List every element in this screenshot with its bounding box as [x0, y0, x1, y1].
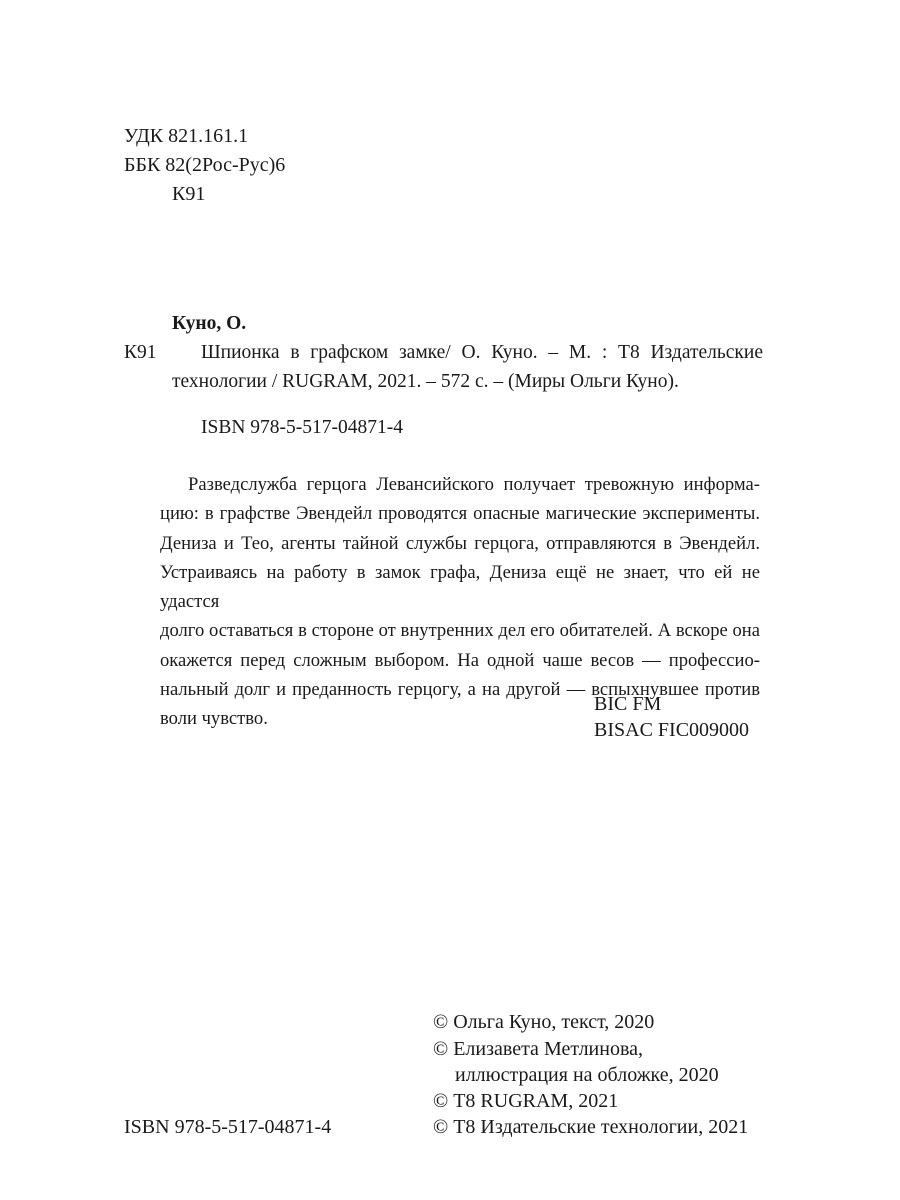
entry-title-line: Шпионка в графском замке/ О. Куно. – М. …: [201, 339, 763, 367]
copyright-line: © Т8 Издательские технологии, 2021: [433, 1113, 748, 1141]
bbk-code: ББК 82(2Рос-Рус)6: [124, 151, 285, 179]
copyright-line: © Ольга Куно, текст, 2020: [433, 1008, 654, 1036]
annotation-line: долго оставаться в стороне от внутренних…: [160, 616, 760, 645]
copyright-line: © Елизавета Метлинова,: [433, 1035, 643, 1063]
footer-isbn: ISBN 978-5-517-04871-4: [124, 1113, 331, 1141]
entry-author-mark: К91: [124, 339, 157, 367]
author-mark: К91: [172, 180, 205, 208]
annotation-line: Дениза и Тео, агенты тайной службы герцо…: [160, 529, 760, 558]
author-heading: Куно, О.: [172, 310, 246, 338]
udk-code: УДК 821.161.1: [124, 122, 248, 150]
entry-isbn: ISBN 978-5-517-04871-4: [201, 414, 403, 442]
annotation-line: Разведслужба герцога Левансийского получ…: [160, 470, 760, 499]
annotation-line: Устраиваясь на работу в замок графа, Ден…: [160, 558, 760, 617]
bisac-code: BISAC FIC009000: [594, 716, 749, 744]
annotation-paragraph: Разведслужба герцога Левансийского получ…: [160, 470, 760, 734]
bic-code: BIC FM: [594, 690, 661, 718]
copyright-line: © Т8 RUGRAM, 2021: [433, 1087, 618, 1115]
annotation-line: цию: в графстве Эвендейл проводятся опас…: [160, 499, 760, 528]
annotation-line: нальный долг и преданность герцогу, а на…: [160, 675, 760, 704]
annotation-line: окажется перед сложным выбором. На одной…: [160, 646, 760, 675]
copyright-line: иллюстрация на обложке, 2020: [455, 1061, 719, 1089]
entry-imprint-line: технологии / RUGRAM, 2021. – 572 с. – (М…: [172, 368, 679, 396]
